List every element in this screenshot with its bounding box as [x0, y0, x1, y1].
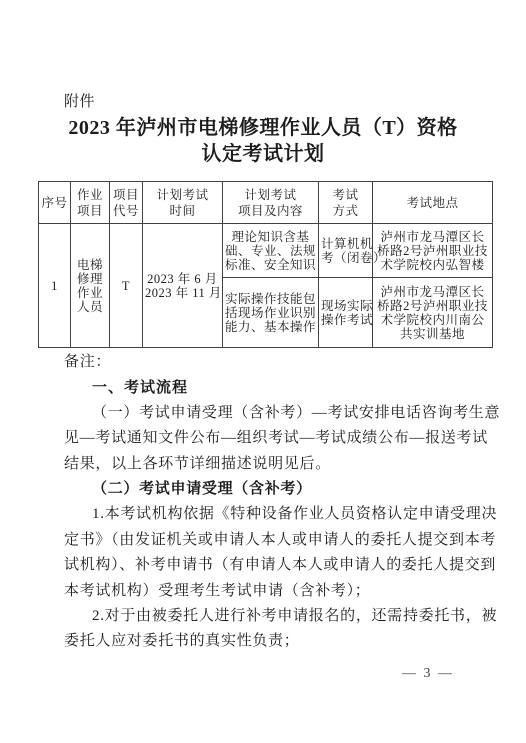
note-line: 试机构）、补考申请书（有申请人本人或申请人的委托人提交到 — [64, 553, 494, 578]
exam-plan-table: 序号 作业 项目 项目 代号 计划考试 时间 计划考试 项目及内容 考试 方式 … — [38, 181, 493, 348]
note-line: 定书》（由发证机关或申请人本人或申请人的委托人提交到本考 — [64, 528, 494, 553]
notes-label: 备注： — [64, 350, 494, 375]
cell-exam-location-practical: 泸州市龙马潭区长桥路2号泸州职业技术学院校内川南公共实训基地 — [373, 278, 493, 348]
header-time: 计划考试 时间 — [143, 182, 223, 224]
cell-exam-content-theory: 理论知识含基础、专业、法规标准、安全知识 — [223, 224, 319, 278]
notes-heading-exam-flow: 一、考试流程 — [64, 375, 494, 400]
cell-code: T — [110, 224, 143, 348]
page-number: — 3 — — [402, 666, 454, 682]
cell-exam-location-theory: 泸州市龙马潭区长桥路2号泸州职业技术学院校内弘智楼 — [373, 224, 493, 278]
cell-exam-method-practical: 现场实际 操作考试 — [319, 278, 373, 348]
attachment-label: 附件 — [64, 90, 95, 111]
cell-time: 2023 年 6 月 2023 年 11 月 — [143, 224, 223, 348]
notes-section: 备注： 一、考试流程 （一）考试申请受理（含补考）—考试安排电话咨询考生意 见—… — [64, 350, 494, 655]
cell-seq: 1 — [39, 224, 71, 348]
note-line: （一）考试申请受理（含补考）—考试安排电话咨询考生意 — [64, 401, 494, 426]
notes-heading-application: （二）考试申请受理（含补考） — [64, 477, 494, 502]
header-project: 作业 项目 — [71, 182, 110, 224]
table-row-theory: 1 电梯修理作业人员 T 2023 年 6 月 2023 年 11 月 理论知识… — [39, 224, 493, 278]
header-method: 考试 方式 — [319, 182, 373, 224]
page-title-line-1: 2023 年泸州市电梯修理作业人员（T）资格 — [0, 115, 526, 141]
page-title: 2023 年泸州市电梯修理作业人员（T）资格 认定考试计划 — [0, 115, 526, 167]
table-header-row: 序号 作业 项目 项目 代号 计划考试 时间 计划考试 项目及内容 考试 方式 … — [39, 182, 493, 224]
note-line: 结果，以上各环节详细描述说明见后。 — [64, 452, 494, 477]
note-line: 见—考试通知文件公布—组织考试—考试成绩公布—报送考试 — [64, 426, 494, 451]
document-page: 附件 2023 年泸州市电梯修理作业人员（T）资格 认定考试计划 序号 作业 项… — [0, 0, 526, 743]
note-line: 委托人应对委托书的真实性负责； — [64, 629, 494, 654]
note-line: 2.对于由被委托人进行补考申请报名的，还需持委托书，被 — [64, 604, 494, 629]
header-seq: 序号 — [39, 182, 71, 224]
note-line: 1.本考试机构依据《特种设备作业人员资格认定申请受理决 — [64, 502, 494, 527]
header-code: 项目 代号 — [110, 182, 143, 224]
header-location: 考试地点 — [373, 182, 493, 224]
page-title-line-2: 认定考试计划 — [0, 141, 526, 167]
cell-exam-content-practical: 实际操作技能包括现场作业识别能力、基本操作 — [223, 278, 319, 348]
note-line: 本考试机构）受理考生考试申请（含补考）； — [64, 579, 494, 604]
cell-exam-method-theory: 计算机机 考（闭卷） — [319, 224, 373, 278]
header-content: 计划考试 项目及内容 — [223, 182, 319, 224]
cell-project: 电梯修理作业人员 — [71, 224, 110, 348]
